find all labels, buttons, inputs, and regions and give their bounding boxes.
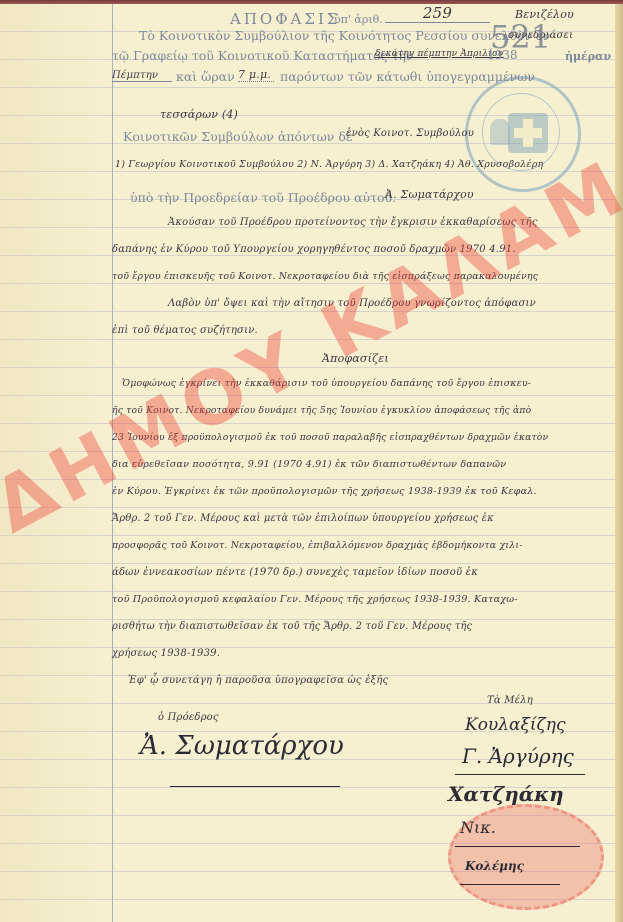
time-label: καὶ ὥραν bbox=[176, 69, 235, 84]
signature-underline bbox=[460, 884, 560, 885]
member-signature: Νικ. bbox=[460, 818, 496, 837]
meeting-day: Πέμπτην bbox=[112, 70, 172, 82]
presidency-label: ὑπὸ τὴν Προεδρείαν τοῦ Προέδρου αὐτοῦ. bbox=[130, 190, 396, 205]
president-name: Ἀ. Σωματάρχου bbox=[385, 188, 474, 201]
number-label: ὑπ' ἀριθ. bbox=[334, 13, 383, 26]
attendee-count: τεσσάρων (4) bbox=[160, 108, 238, 121]
president-label: ὁ Πρόεδρος bbox=[158, 712, 219, 723]
attendee-names: 1) Γεωργίου Κοινοτικοῦ Συμβούλου 2) Ν. Ἀ… bbox=[115, 159, 543, 170]
member-signature: Κολέμης bbox=[465, 859, 524, 873]
attendees-label: παρόντων τῶν κάτωθι ὑπογεγραμμένων bbox=[280, 69, 535, 84]
body-line: προσφορᾶς τοῦ Κοινοτ. Νεκροταφείου, ἐπιβ… bbox=[112, 540, 523, 551]
absent-members: ἑνὸς Κοινοτ. Συμβούλου bbox=[346, 128, 474, 139]
meeting-year: 1938 bbox=[487, 48, 518, 62]
body-line: Ἄρθρ. 2 τοῦ Γεν. Μέρους καὶ μετὰ τῶν ἐπι… bbox=[112, 513, 494, 524]
signature-underline bbox=[455, 774, 585, 775]
meeting-date: δεκάτην πέμπτην Ἀπριλίου bbox=[375, 49, 503, 59]
document-title: ΑΠΟΦΑΣΙΣ bbox=[230, 10, 340, 28]
member-signature: Κουλαξίζης bbox=[465, 715, 565, 735]
absent-label: Κοινοτικῶν Συμβούλων ἀπόντων δὲ bbox=[123, 129, 353, 144]
body-line: χρήσεως 1938-1939. bbox=[112, 648, 220, 659]
closing-line: Ἐφ' ᾧ συνετάγη ἡ παροῦσα ὑπογραφεῖσα ὡς … bbox=[128, 675, 388, 686]
preamble-line-1: Τὸ Κοινοτικὸν Συμβούλιον τῆς Κοινότητος … bbox=[139, 28, 550, 43]
body-line: άδων ἐννεακοσίων πέντε (1970 δρ.) συνεχὲ… bbox=[112, 567, 478, 578]
body-line: ἐπὶ τοῦ θέματος συζήτησιν. bbox=[112, 325, 258, 336]
ledger-page: ΑΠΟΦΑΣΙΣ ὑπ' ἀριθ. 259 Βενιζέλου Τὸ Κοιν… bbox=[0, 4, 623, 922]
decision-number: 259 bbox=[385, 4, 490, 23]
preamble-line-2: τῷ Γραφείῳ τοῦ Κοινοτικοῦ Καταστήματος τ… bbox=[112, 48, 414, 63]
body-line: ἐν Κύρου. Ἐγκρίνει ἐκ τῶν προϋπολογισμῶν… bbox=[112, 486, 537, 497]
day-label: ἡμέραν bbox=[565, 50, 611, 63]
signature-underline bbox=[455, 846, 580, 847]
meeting-time: 7 μ.μ. bbox=[238, 68, 274, 82]
president-signature: Ἀ. Σωματάρχου bbox=[140, 731, 344, 761]
member-signature: Γ. Ἀργύρης bbox=[462, 744, 574, 768]
cross-icon bbox=[508, 113, 548, 153]
body-line: ρισθήτω τὴν διαπιστωθεῖσαν ἐκ τοῦ τῆς Ἄρ… bbox=[112, 621, 472, 632]
member-signature: Χατζηάκη bbox=[448, 782, 564, 806]
crown-icon bbox=[490, 119, 510, 145]
signature-underline bbox=[170, 786, 340, 787]
body-line: τοῦ Προϋπολογισμοῦ κεφαλαίου Γεν. Μέρους… bbox=[112, 594, 518, 605]
members-label: Τὰ Μέλη bbox=[487, 695, 533, 706]
